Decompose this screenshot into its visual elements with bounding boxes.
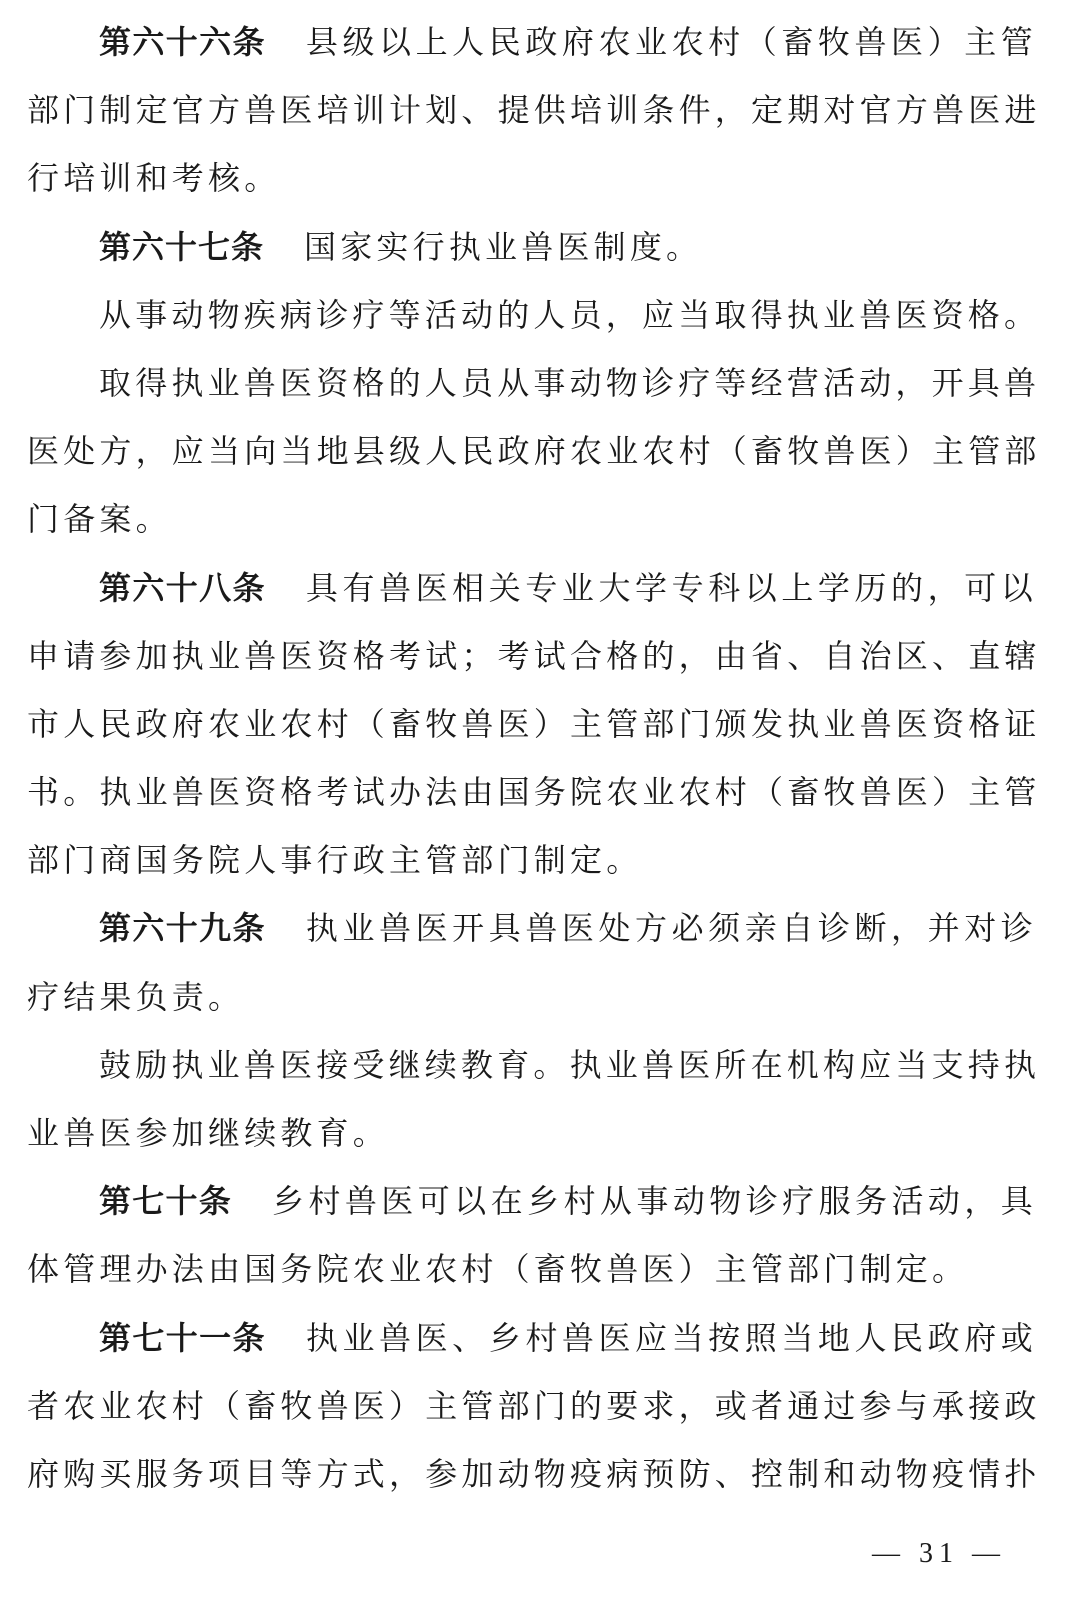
text-line: 取得执业兽医资格的人员从事动物诊疗等经营活动，开具兽	[27, 349, 1037, 417]
line-text: 体管理办法由国务院农业农村（畜牧兽医）主管部门制定。	[27, 1250, 968, 1288]
article-heading: 第六十六条	[99, 23, 266, 61]
text-line: 鼓励执业兽医接受继续教育。执业兽医所在机构应当支持执	[27, 1031, 1037, 1099]
line-text: 从事动物疾病诊疗等活动的人员，应当取得执业兽医资格。	[99, 296, 1040, 334]
line-text: 市人民政府农业农村（畜牧兽医）主管部门颁发执业兽医资格证	[27, 705, 1041, 743]
line-text: 疗结果负责。	[27, 978, 244, 1016]
text-line: 第六十八条具有兽医相关专业大学专科以上学历的，可以	[27, 554, 1037, 622]
article-heading: 第七十一条	[99, 1319, 266, 1357]
article-heading: 第七十条	[99, 1182, 232, 1220]
line-text: 书。执业兽医资格考试办法由国务院农业农村（畜牧兽医）主管	[27, 773, 1041, 811]
line-text: 鼓励执业兽医接受继续教育。执业兽医所在机构应当支持执	[99, 1046, 1040, 1084]
line-text: 医处方，应当向当地县级人民政府农业农村（畜牧兽医）主管部	[27, 432, 1041, 470]
text-line: 第六十六条县级以上人民政府农业农村（畜牧兽医）主管	[27, 8, 1037, 76]
document-page: 第六十六条县级以上人民政府农业农村（畜牧兽医）主管部门制定官方兽医培训计划、提供…	[27, 8, 1037, 1508]
text-line: 医处方，应当向当地县级人民政府农业农村（畜牧兽医）主管部	[27, 417, 1037, 485]
article-heading: 第六十九条	[99, 909, 266, 947]
line-text: 者农业农村（畜牧兽医）主管部门的要求，或者通过参与承接政	[27, 1387, 1041, 1425]
line-text: 取得执业兽医资格的人员从事动物诊疗等经营活动，开具兽	[99, 364, 1040, 402]
article-heading: 第六十七条	[99, 228, 264, 266]
text-line: 门备案。	[27, 485, 1037, 553]
text-line: 书。执业兽医资格考试办法由国务院农业农村（畜牧兽医）主管	[27, 758, 1037, 826]
text-line: 市人民政府农业农村（畜牧兽医）主管部门颁发执业兽医资格证	[27, 690, 1037, 758]
text-line: 体管理办法由国务院农业农村（畜牧兽医）主管部门制定。	[27, 1235, 1037, 1303]
line-text: 府购买服务项目等方式，参加动物疫病预防、控制和动物疫情扑	[27, 1455, 1041, 1493]
text-line: 业兽医参加继续教育。	[27, 1099, 1037, 1167]
text-line: 府购买服务项目等方式，参加动物疫病预防、控制和动物疫情扑	[27, 1440, 1037, 1508]
line-text: 乡村兽医可以在乡村从事动物诊疗服务活动，具	[272, 1182, 1037, 1220]
text-line: 部门商国务院人事行政主管部门制定。	[27, 826, 1037, 894]
text-line: 第七十一条执业兽医、乡村兽医应当按照当地人民政府或	[27, 1304, 1037, 1372]
line-text: 执业兽医、乡村兽医应当按照当地人民政府或	[306, 1319, 1037, 1357]
text-line: 从事动物疾病诊疗等活动的人员，应当取得执业兽医资格。	[27, 281, 1037, 349]
line-text: 具有兽医相关专业大学专科以上学历的，可以	[306, 569, 1037, 607]
text-line: 申请参加执业兽医资格考试；考试合格的，由省、自治区、直辖	[27, 622, 1037, 690]
text-line: 疗结果负责。	[27, 963, 1037, 1031]
text-line: 第七十条乡村兽医可以在乡村从事动物诊疗服务活动，具	[27, 1167, 1037, 1235]
text-line: 部门制定官方兽医培训计划、提供培训条件，定期对官方兽医进	[27, 76, 1037, 144]
text-line: 第六十九条执业兽医开具兽医处方必须亲自诊断，并对诊	[27, 894, 1037, 962]
line-text: 部门商国务院人事行政主管部门制定。	[27, 841, 642, 879]
article-heading: 第六十八条	[99, 569, 266, 607]
line-text: 县级以上人民政府农业农村（畜牧兽医）主管	[306, 23, 1037, 61]
line-text: 部门制定官方兽医培训计划、提供培训条件，定期对官方兽医进	[27, 91, 1041, 129]
line-text: 执业兽医开具兽医处方必须亲自诊断，并对诊	[306, 909, 1037, 947]
line-text: 申请参加执业兽医资格考试；考试合格的，由省、自治区、直辖	[27, 637, 1041, 675]
line-text: 国家实行执业兽医制度。	[304, 228, 702, 266]
text-line: 第六十七条国家实行执业兽医制度。	[27, 213, 1037, 281]
text-line: 者农业农村（畜牧兽医）主管部门的要求，或者通过参与承接政	[27, 1372, 1037, 1440]
line-text: 门备案。	[27, 500, 172, 538]
text-line: 行培训和考核。	[27, 144, 1037, 212]
line-text: 行培训和考核。	[27, 159, 280, 197]
line-text: 业兽医参加继续教育。	[27, 1114, 389, 1152]
page-number: — 31 —	[872, 1538, 1006, 1570]
